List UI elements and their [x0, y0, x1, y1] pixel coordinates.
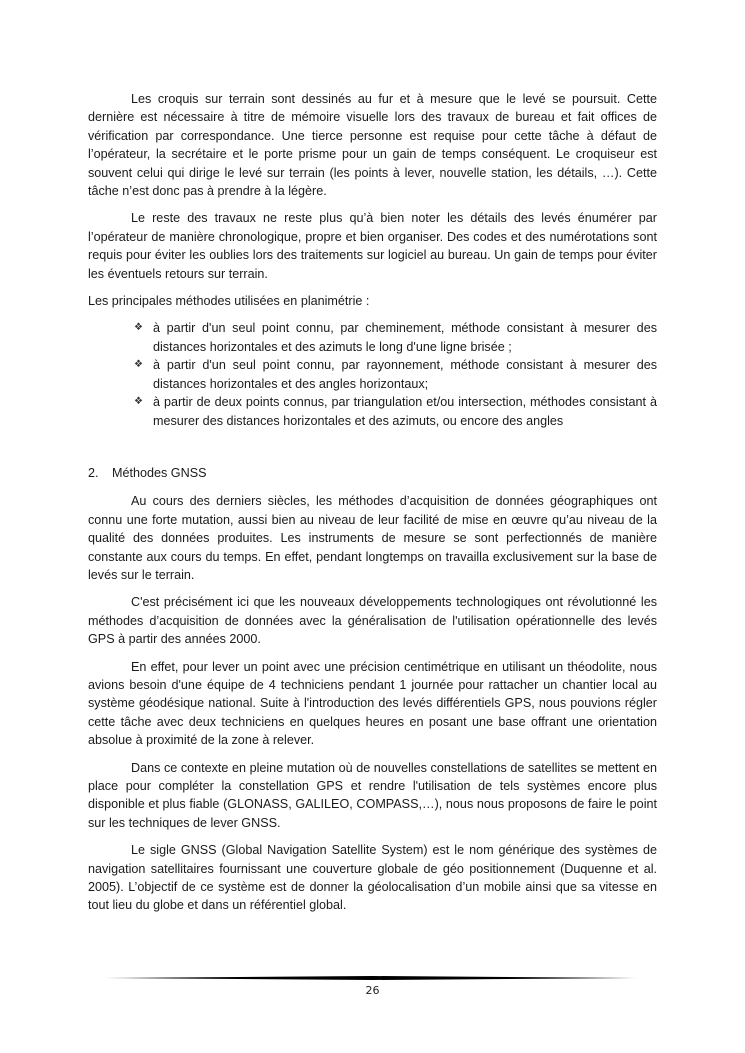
list-item: ❖ à partir d'un seul point connu, par ch…	[134, 319, 657, 356]
diamond-bullet-icon: ❖	[134, 356, 143, 374]
page-number: 26	[0, 984, 745, 997]
footer-divider	[104, 976, 642, 980]
list-item-text: à partir d'un seul point connu, par chem…	[153, 321, 657, 353]
diamond-bullet-icon: ❖	[134, 319, 143, 337]
list-item-text: à partir d'un seul point connu, par rayo…	[153, 358, 657, 390]
list-item-text: à partir de deux points connus, par tria…	[153, 395, 657, 427]
paragraph-croquis: Les croquis sur terrain sont dessinés au…	[88, 90, 657, 200]
methods-list: ❖ à partir d'un seul point connu, par ch…	[88, 319, 657, 429]
paragraph-reste-travaux: Le reste des travaux ne reste plus qu’à …	[88, 209, 657, 283]
paragraph-gnss-2: C'est précisément ici que les nouveaux d…	[88, 593, 657, 648]
paragraph-gnss-5: Le sigle GNSS (Global Navigation Satelli…	[88, 841, 657, 915]
list-item: ❖ à partir de deux points connus, par tr…	[134, 393, 657, 430]
list-intro: Les principales méthodes utilisées en pl…	[88, 292, 657, 310]
paragraph-gnss-4: Dans ce contexte en pleine mutation où d…	[88, 759, 657, 833]
section-heading: 2. Méthodes GNSS	[88, 464, 657, 482]
diamond-bullet-icon: ❖	[134, 393, 143, 411]
document-page: Les croquis sur terrain sont dessinés au…	[88, 90, 657, 924]
section-title: Méthodes GNSS	[112, 464, 207, 482]
paragraph-gnss-1: Au cours des derniers siècles, les métho…	[88, 492, 657, 584]
paragraph-gnss-3: En effet, pour lever un point avec une p…	[88, 658, 657, 750]
list-item: ❖ à partir d'un seul point connu, par ra…	[134, 356, 657, 393]
section-number: 2.	[88, 464, 112, 482]
